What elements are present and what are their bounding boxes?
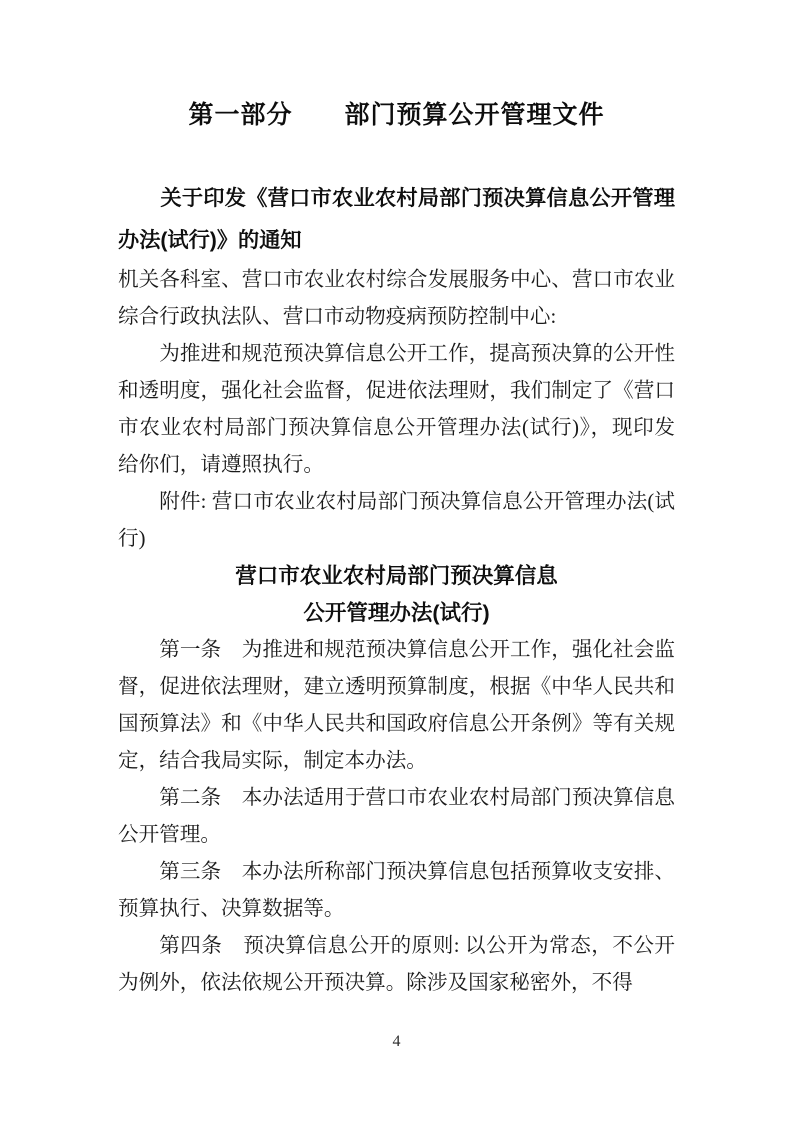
measures-title-line1: 营口市农业农村局部门预决算信息	[118, 558, 675, 595]
article-4: 第四条 预决算信息公开的原则: 以公开为常态，不公开为例外，依法依规公开预决算。…	[118, 928, 675, 1002]
notice-salutation: 机关各科室、营口市农业农村综合发展服务中心、营口市农业综合行政执法队、营口市动物…	[118, 262, 675, 336]
document-page: 第一部分 部门预算公开管理文件 关于印发《营口市农业农村局部门预决算信息公开管理…	[0, 0, 793, 1122]
article-2: 第二条 本办法适用于营口市农业农村局部门预决算信息公开管理。	[118, 780, 675, 854]
notice-attachment-line: 附件: 营口市农业农村局部门预决算信息公开管理办法(试行)	[118, 484, 675, 558]
page-number: 4	[0, 1032, 793, 1052]
notice-title: 关于印发《营口市农业农村局部门预决算信息公开管理办法(试行)》的通知	[118, 178, 675, 262]
article-3: 第三条 本办法所称部门预决算信息包括预算收支安排、预算执行、决算数据等。	[118, 854, 675, 928]
part-title: 第一部分 部门预算公开管理文件	[118, 96, 675, 134]
article-1: 第一条 为推进和规范预决算信息公开工作，强化社会监督，促进依法理财，建立透明预算…	[118, 632, 675, 780]
measures-title-line2: 公开管理办法(试行)	[118, 595, 675, 632]
notice-body-paragraph: 为推进和规范预决算信息公开工作，提高预决算的公开性和透明度，强化社会监督，促进依…	[118, 336, 675, 484]
